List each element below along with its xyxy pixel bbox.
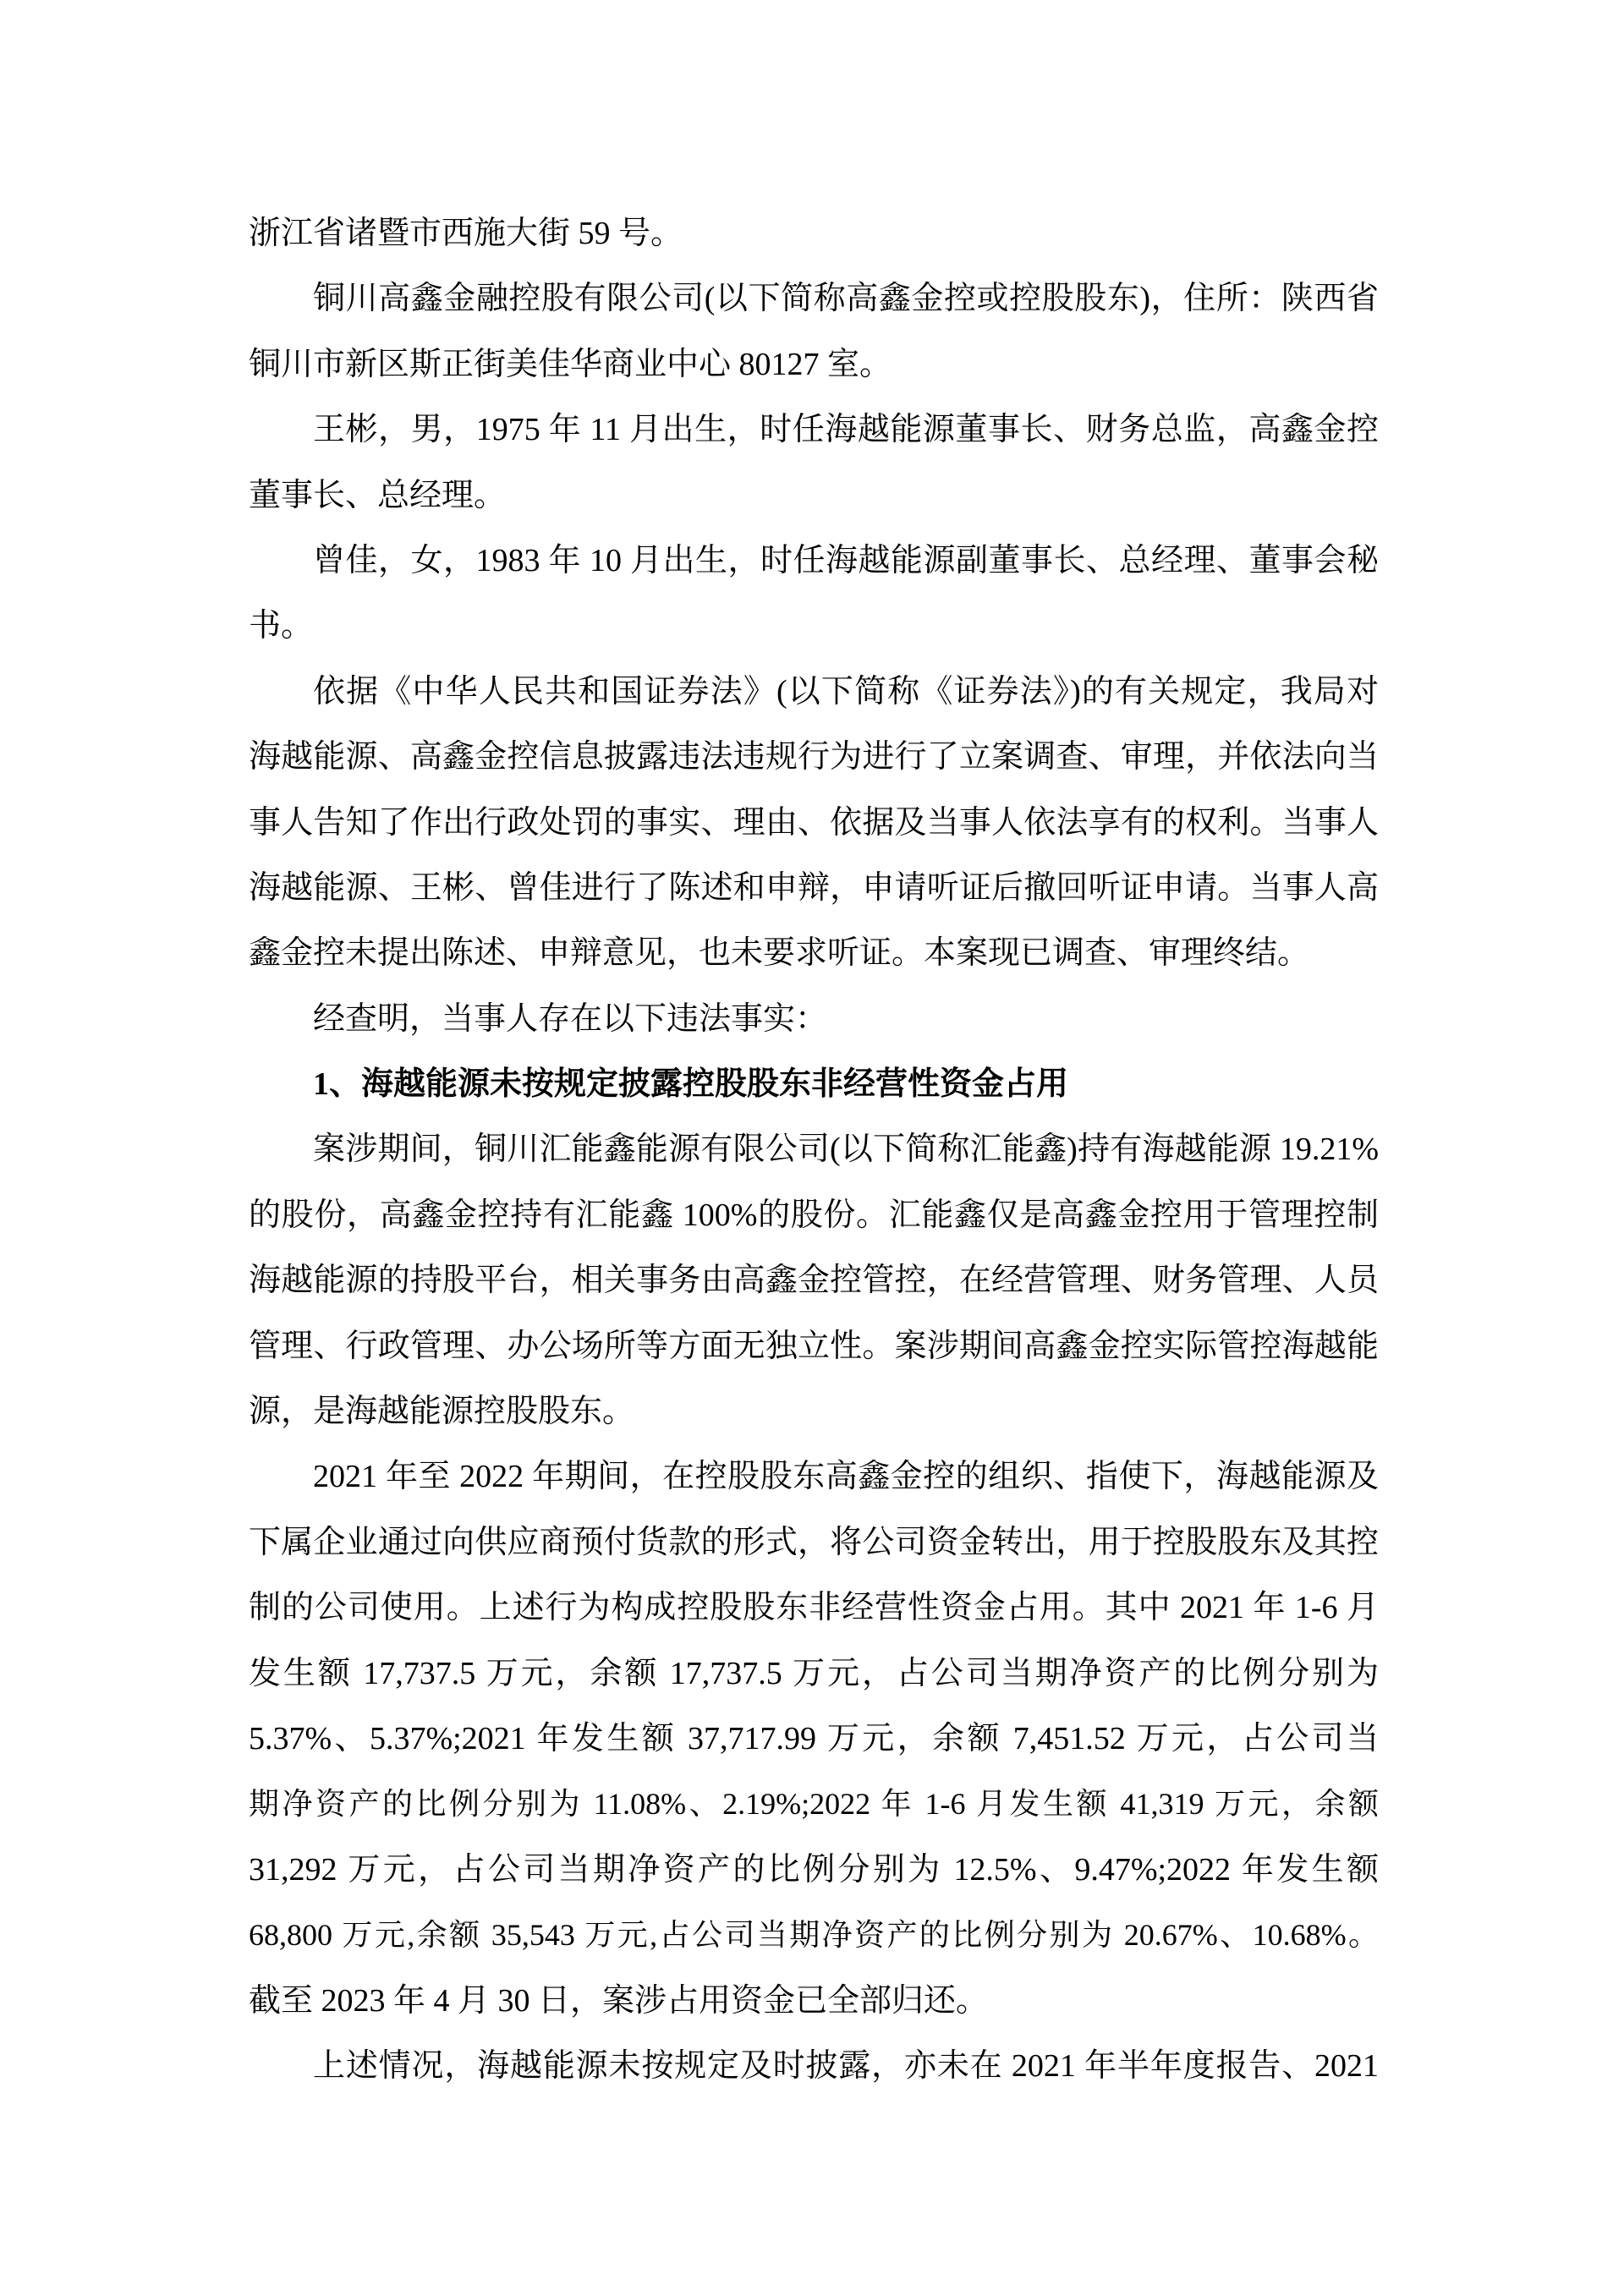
text-line: 的股份，高鑫金控持有汇能鑫 100%的股份。汇能鑫仅是高鑫金控用于管理控制 bbox=[249, 1183, 1379, 1248]
text-line: 5.37%、5.37%;2021 年发生额 37,717.99 万元，余额 7,… bbox=[249, 1707, 1379, 1772]
text-line: 68,800 万元,余额 35,543 万元,占公司当期净资产的比例分别为 20… bbox=[249, 1903, 1379, 1968]
text-line: 案涉期间，铜川汇能鑫能源有限公司(以下简称汇能鑫)持有海越能源 19.21% bbox=[249, 1117, 1379, 1182]
document-text-block: 浙江省诸暨市西施大街 59 号。 铜川高鑫金融控股有限公司(以下简称高鑫金控或控… bbox=[249, 201, 1379, 2099]
text-line: 截至 2023 年 4 月 30 日，案涉占用资金已全部归还。 bbox=[249, 1969, 1379, 2034]
text-line: 制的公司使用。上述行为构成控股股东非经营性资金占用。其中 2021 年 1-6 … bbox=[249, 1575, 1379, 1641]
document-page: 浙江省诸暨市西施大街 59 号。 铜川高鑫金融控股有限公司(以下简称高鑫金控或控… bbox=[0, 0, 1624, 2296]
text-line: 管理、行政管理、办公场所等方面无独立性。案涉期间高鑫金控实际管控海越能 bbox=[249, 1314, 1379, 1379]
text-line: 事人告知了作出行政处罚的事实、理由、依据及当事人依法享有的权利。当事人 bbox=[249, 791, 1379, 856]
text-line: 浙江省诸暨市西施大街 59 号。 bbox=[249, 201, 1379, 266]
text-line: 2021 年至 2022 年期间，在控股股东高鑫金控的组织、指使下，海越能源及 bbox=[249, 1444, 1379, 1510]
text-line: 海越能源、王彬、曾佳进行了陈述和申辩，申请听证后撤回听证申请。当事人高 bbox=[249, 856, 1379, 921]
text-line: 源，是海越能源控股股东。 bbox=[249, 1379, 1379, 1444]
text-line: 董事长、总经理。 bbox=[249, 463, 1379, 529]
text-line: 海越能源、高鑫金控信息披露违法违规行为进行了立案调查、审理，并依法向当 bbox=[249, 725, 1379, 790]
text-line: 上述情况，海越能源未按规定及时披露，亦未在 2021 年半年度报告、2021 bbox=[249, 2034, 1379, 2099]
text-line: 期净资产的比例分别为 11.08%、2.19%;2022 年 1-6 月发生额 … bbox=[249, 1772, 1379, 1837]
text-line: 书。 bbox=[249, 594, 1379, 659]
text-line: 海越能源的持股平台，相关事务由高鑫金控管控，在经营管理、财务管理、人员 bbox=[249, 1248, 1379, 1313]
section-heading: 1、海越能源未按规定披露控股股东非经营性资金占用 bbox=[249, 1052, 1379, 1117]
text-line: 鑫金控未提出陈述、申辩意见，也未要求听证。本案现已调查、审理终结。 bbox=[249, 921, 1379, 986]
text-line: 发生额 17,737.5 万元，余额 17,737.5 万元，占公司当期净资产的… bbox=[249, 1641, 1379, 1707]
text-line: 经查明，当事人存在以下违法事实： bbox=[249, 987, 1379, 1052]
text-line: 下属企业通过向供应商预付货款的形式，将公司资金转出，用于控股股东及其控 bbox=[249, 1510, 1379, 1575]
text-line: 依据《中华人民共和国证券法》(以下简称《证券法》)的有关规定，我局对 bbox=[249, 660, 1379, 725]
text-line: 曾佳，女，1983 年 10 月出生，时任海越能源副董事长、总经理、董事会秘 bbox=[249, 529, 1379, 594]
text-line: 王彬，男，1975 年 11 月出生，时任海越能源董事长、财务总监，高鑫金控 bbox=[249, 397, 1379, 463]
text-line: 31,292 万元，占公司当期净资产的比例分别为 12.5%、9.47%;202… bbox=[249, 1838, 1379, 1903]
text-line: 铜川市新区斯正街美佳华商业中心 80127 室。 bbox=[249, 332, 1379, 397]
text-line: 铜川高鑫金融控股有限公司(以下简称高鑫金控或控股股东)，住所：陕西省 bbox=[249, 266, 1379, 332]
